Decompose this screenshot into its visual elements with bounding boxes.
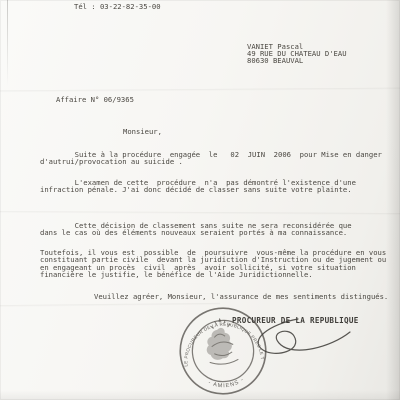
scan-edge-line (7, 0, 8, 86)
recipient-address: VANIET Pascal 49 RUE DU CHATEAU D'EAU 80… (247, 43, 347, 65)
stamp-city-text: - AMIENS - (207, 376, 247, 391)
body-paragraph-1: Suite à la procédure engagée le 02 JUIN … (40, 151, 400, 166)
scanned-letter-page: Tél : 03-22-82-35-00 VANIET Pascal 49 RU… (0, 0, 400, 400)
svg-text:- AMIENS -: - AMIENS - (207, 376, 247, 391)
body-paragraph-3: Cette décision de classement sans suite … (40, 222, 400, 237)
salutation: Monsieur, (123, 128, 162, 135)
body-paragraph-4: Toutefois, il vous est possible de pours… (40, 249, 400, 278)
signature-flourish (236, 314, 354, 372)
body-paragraph-2: L'examen de cette procédure n'a pas démo… (40, 179, 400, 194)
paper-crease (0, 88, 400, 93)
phone-line: Tél : 03-22-82-35-00 (74, 3, 161, 10)
paper-crease (0, 303, 220, 307)
scan-edge-shadow (0, 390, 400, 400)
paper-crease (0, 211, 400, 215)
scan-edge-shadow (386, 0, 400, 400)
case-reference: Affaire N° 06/9365 (56, 96, 134, 103)
closing-line: Veuillez agréer, Monsieur, l'assurance d… (94, 293, 400, 300)
